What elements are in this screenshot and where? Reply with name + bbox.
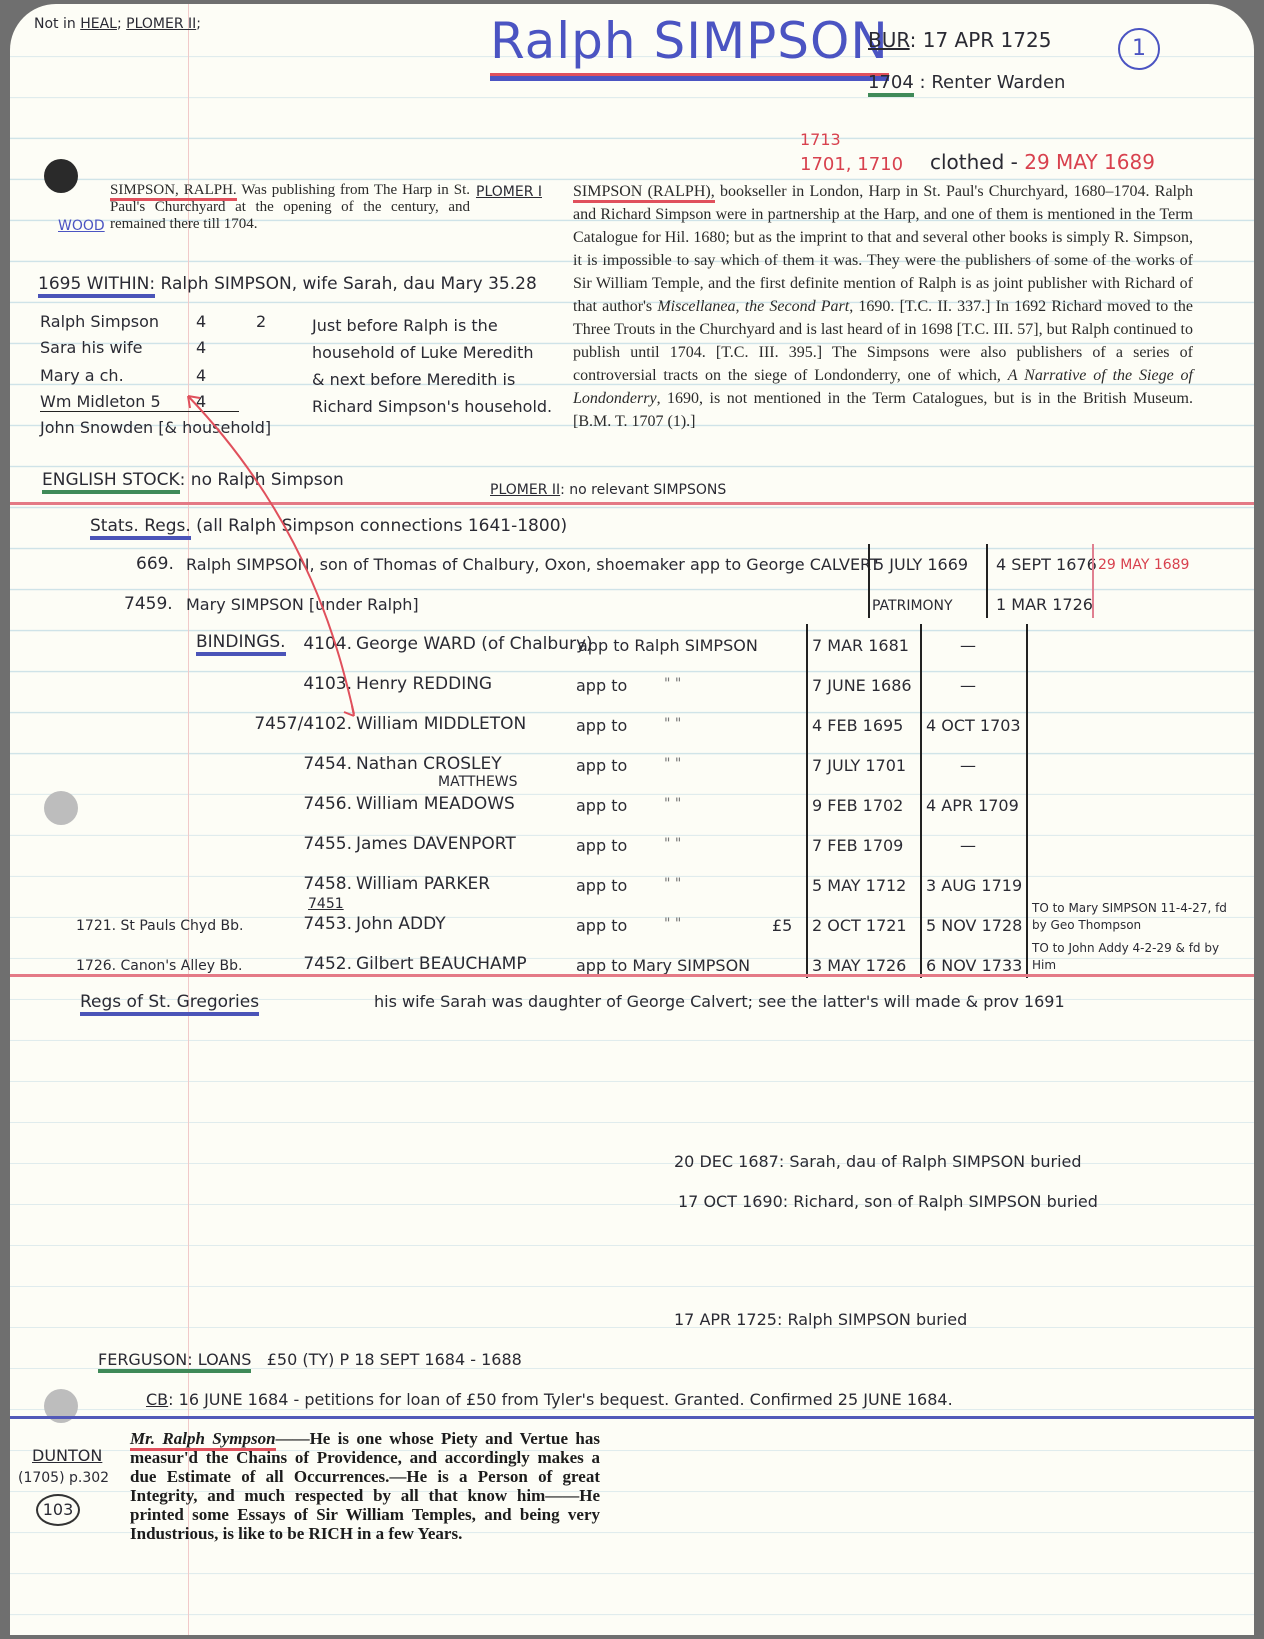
link-arrow-icon	[10, 4, 1254, 1635]
notebook-page: Not in HEAL; PLOMER II; Ralph SIMPSON BU…	[10, 4, 1254, 1635]
